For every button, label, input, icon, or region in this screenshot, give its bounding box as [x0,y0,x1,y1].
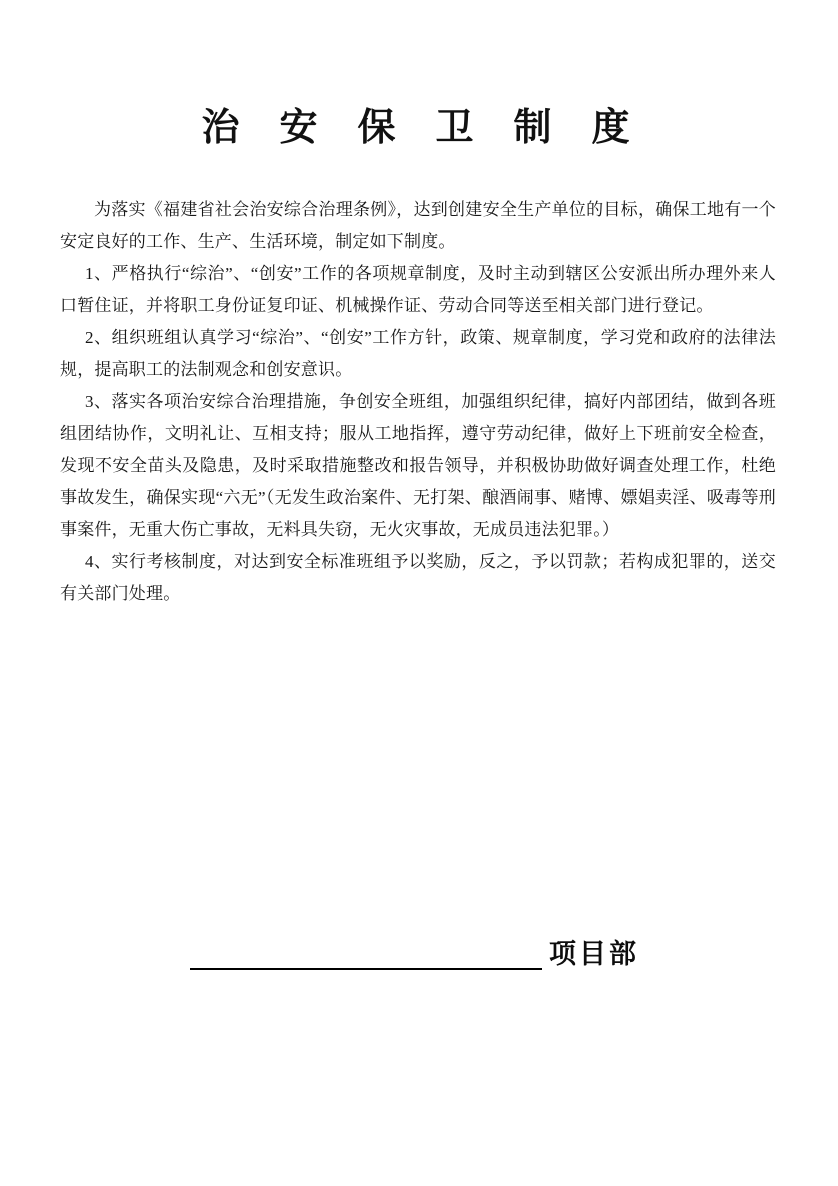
signature-department-label: 项目部 [549,940,639,970]
intro-paragraph: 为落实《福建省社会治安综合治理条例》，达到创建安全生产单位的目标，确保工地有一个… [60,194,776,258]
rule-item-4: 4、实行考核制度，对达到安全标准班组予以奖励，反之，予以罚款；若构成犯罪的，送交… [60,546,776,610]
rule-item-3: 3、落实各项治安综合治理措施，争创安全班组，加强组织纪律，搞好内部团结，做到各班… [60,386,776,546]
signature-line [190,936,542,970]
document-body: 为落实《福建省社会治安综合治理条例》，达到创建安全生产单位的目标，确保工地有一个… [60,194,776,610]
document-title: 治 安 保 卫 制 度 [0,0,838,154]
rule-item-2: 2、组织班组认真学习“综治”、“创安”工作方针，政策、规章制度，学习党和政府的法… [60,322,776,386]
document-page: 治 安 保 卫 制 度 为落实《福建省社会治安综合治理条例》，达到创建安全生产单… [0,0,838,1186]
signature-block: 项目部 [190,936,639,970]
rule-item-1: 1、严格执行“综治”、“创安”工作的各项规章制度，及时主动到辖区公安派出所办理外… [60,258,776,322]
